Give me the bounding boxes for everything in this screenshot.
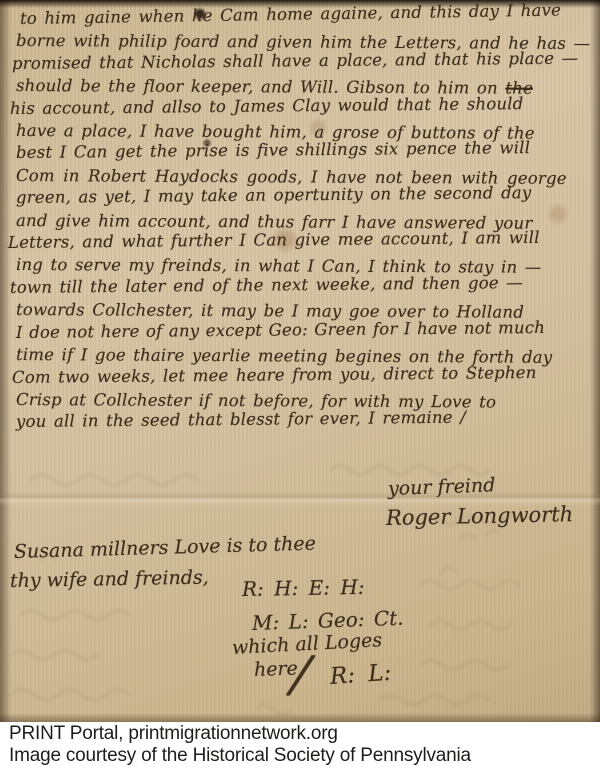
postscript-line: Susana millners Love is to thee (14, 533, 316, 563)
letter-line: Letters, and what further I Can give mee… (8, 226, 594, 254)
letter-line: I doe not here of any except Geo: Green … (16, 316, 594, 344)
letter-line: town till the later end of the next week… (10, 271, 594, 299)
letter-body: to him gaine when he Cam home againe, an… (16, 8, 594, 434)
postscript-initials: R: H: E: H: (242, 575, 365, 601)
signature-roger-longworth: Roger Longworth (386, 502, 574, 530)
letter-line: best I Can get the prise is five shillin… (16, 137, 594, 165)
letter-line: his account, and allso to James Clay wou… (10, 92, 594, 120)
letter-line: promised that Nicholas shall have a plac… (12, 47, 594, 75)
screenshot-root: to him gaine when he Cam home againe, an… (0, 0, 600, 768)
manuscript-scan: to him gaine when he Cam home againe, an… (0, 0, 600, 722)
caption-bar: PRINT Portal, printmigrationnetwork.org … (0, 722, 600, 768)
monogram-initials: R: L: (329, 660, 392, 690)
caption-credit: Image courtesy of the Historical Society… (0, 745, 600, 767)
letter-line: green, as yet, I may take an opertunity … (16, 182, 594, 210)
closing-salutation: your freind (388, 474, 496, 500)
letter-line: you all in the seed that blesst for ever… (16, 406, 594, 434)
letter-line: to him gaine when he Cam home againe, an… (20, 0, 594, 30)
postscript-line: thy wife and freinds, (10, 567, 209, 592)
caption-source: PRINT Portal, printmigrationnetwork.org (0, 722, 600, 745)
